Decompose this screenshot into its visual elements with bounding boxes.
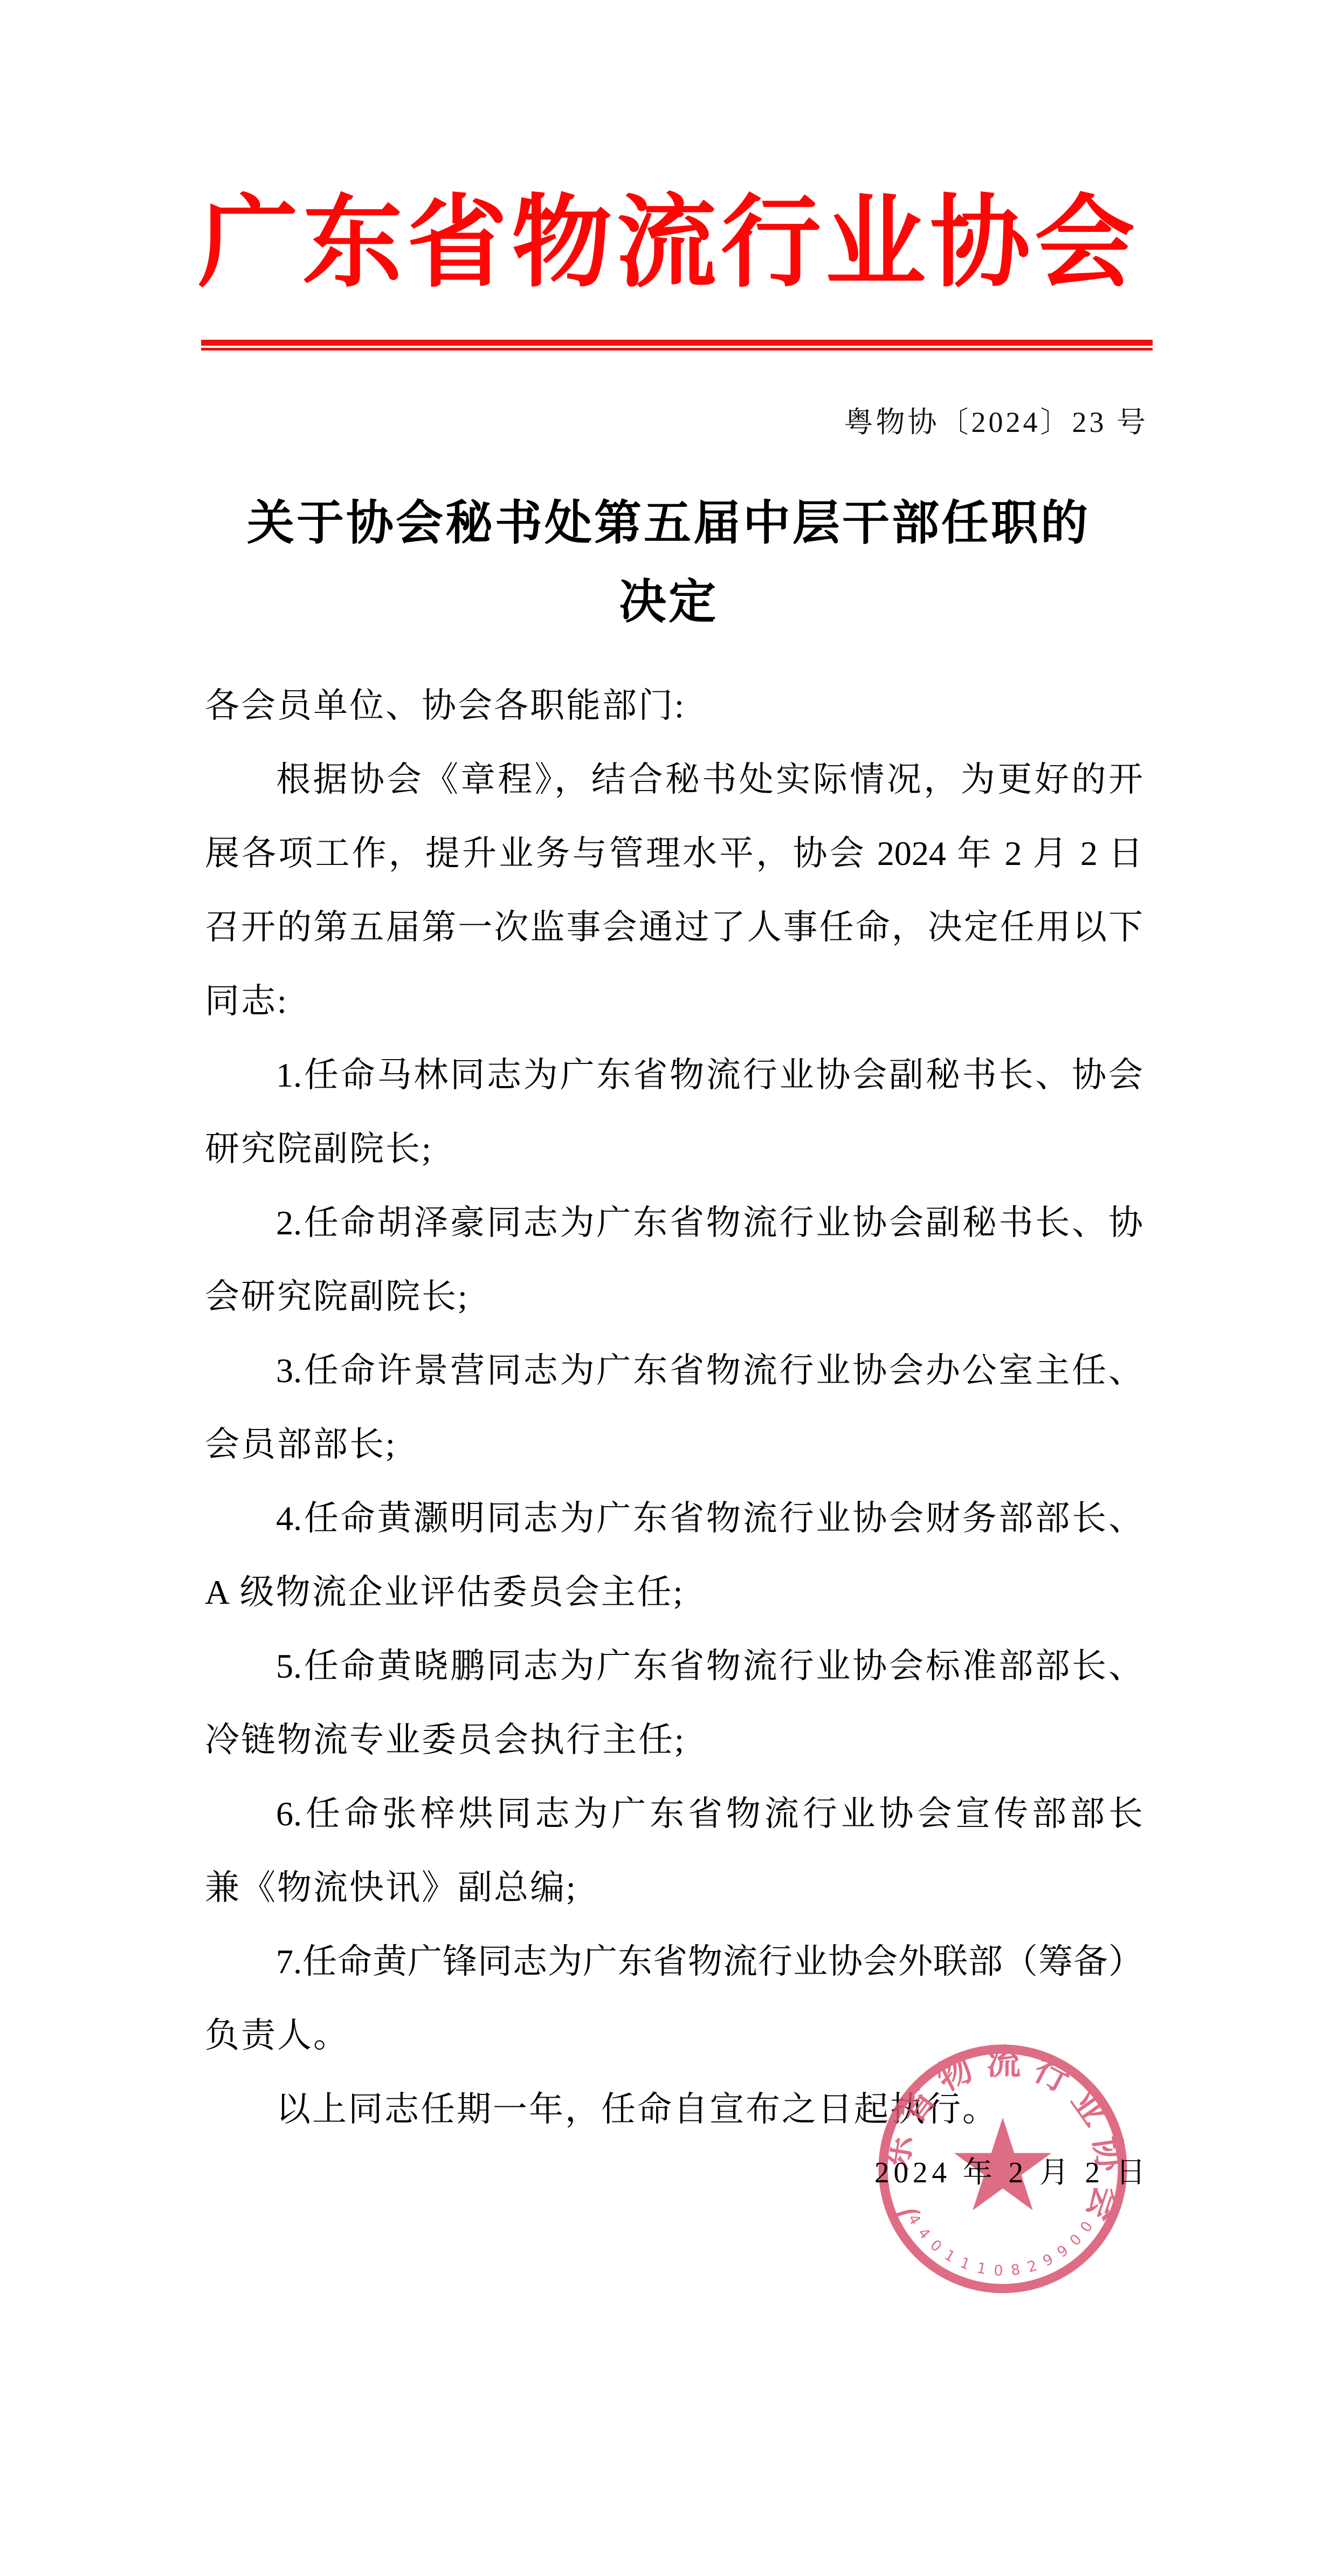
body-line: 3.任命许景营同志为广东省物流行业协会办公室主任、 (205, 1334, 1143, 1407)
body-line: 1.任命马林同志为广东省物流行业协会副秘书长、协会 (205, 1038, 1143, 1112)
document-body: 各会员单位、协会各职能部门:根据协会《章程》，结合秘书处实际情况，为更好的开展各… (205, 669, 1143, 2146)
body-line: 5.任命黄晓鹏同志为广东省物流行业协会标准部部长、 (205, 1629, 1143, 1703)
body-line: 展各项工作，提升业务与管理水平，协会 2024 年 2 月 2 日 (205, 816, 1143, 890)
body-line: 冷链物流专业委员会执行主任; (205, 1703, 1143, 1777)
body-line: 根据协会《章程》，结合秘书处实际情况，为更好的开 (205, 743, 1143, 816)
body-line: 会员部部长; (205, 1407, 1143, 1481)
document-page: { "colors": { "header_red": "#fe0606", "… (0, 0, 1337, 2576)
body-line: 各会员单位、协会各职能部门: (205, 669, 1143, 743)
issue-date: 2024 年 2 月 2 日 (874, 2156, 1198, 2189)
body-line: 7.任命黄广锋同志为广东省物流行业协会外联部（筹备） (205, 1925, 1143, 1998)
body-line: 同志: (205, 964, 1143, 1038)
document-title-line1: 关于协会秘书处第五届中层干部任职的 (0, 485, 1337, 564)
body-line: A 级物流企业评估委员会主任; (205, 1555, 1143, 1629)
body-line: 研究院副院长; (205, 1112, 1143, 1186)
document-title-line2: 决定 (0, 564, 1337, 642)
org-header-title: 广东省物流行业协会 (0, 190, 1337, 298)
body-line: 兼《物流快讯》副总编; (205, 1851, 1143, 1925)
red-separator-line-thick (201, 340, 1153, 346)
body-line: 会研究院副院长; (205, 1260, 1143, 1334)
red-separator-line-thin (201, 348, 1153, 351)
document-number: 粤物协〔2024〕23 号 (205, 406, 1148, 439)
document-title: 关于协会秘书处第五届中层干部任职的 决定 (0, 485, 1337, 642)
body-line: 召开的第五届第一次监事会通过了人事任命，决定任用以下 (205, 890, 1143, 964)
body-line: 6.任命张梓烘同志为广东省物流行业协会宣传部部长 (205, 1777, 1143, 1851)
body-line: 2.任命胡泽豪同志为广东省物流行业协会副秘书长、协 (205, 1186, 1143, 1260)
body-line: 4.任命黄灏明同志为广东省物流行业协会财务部部长、 (205, 1481, 1143, 1555)
